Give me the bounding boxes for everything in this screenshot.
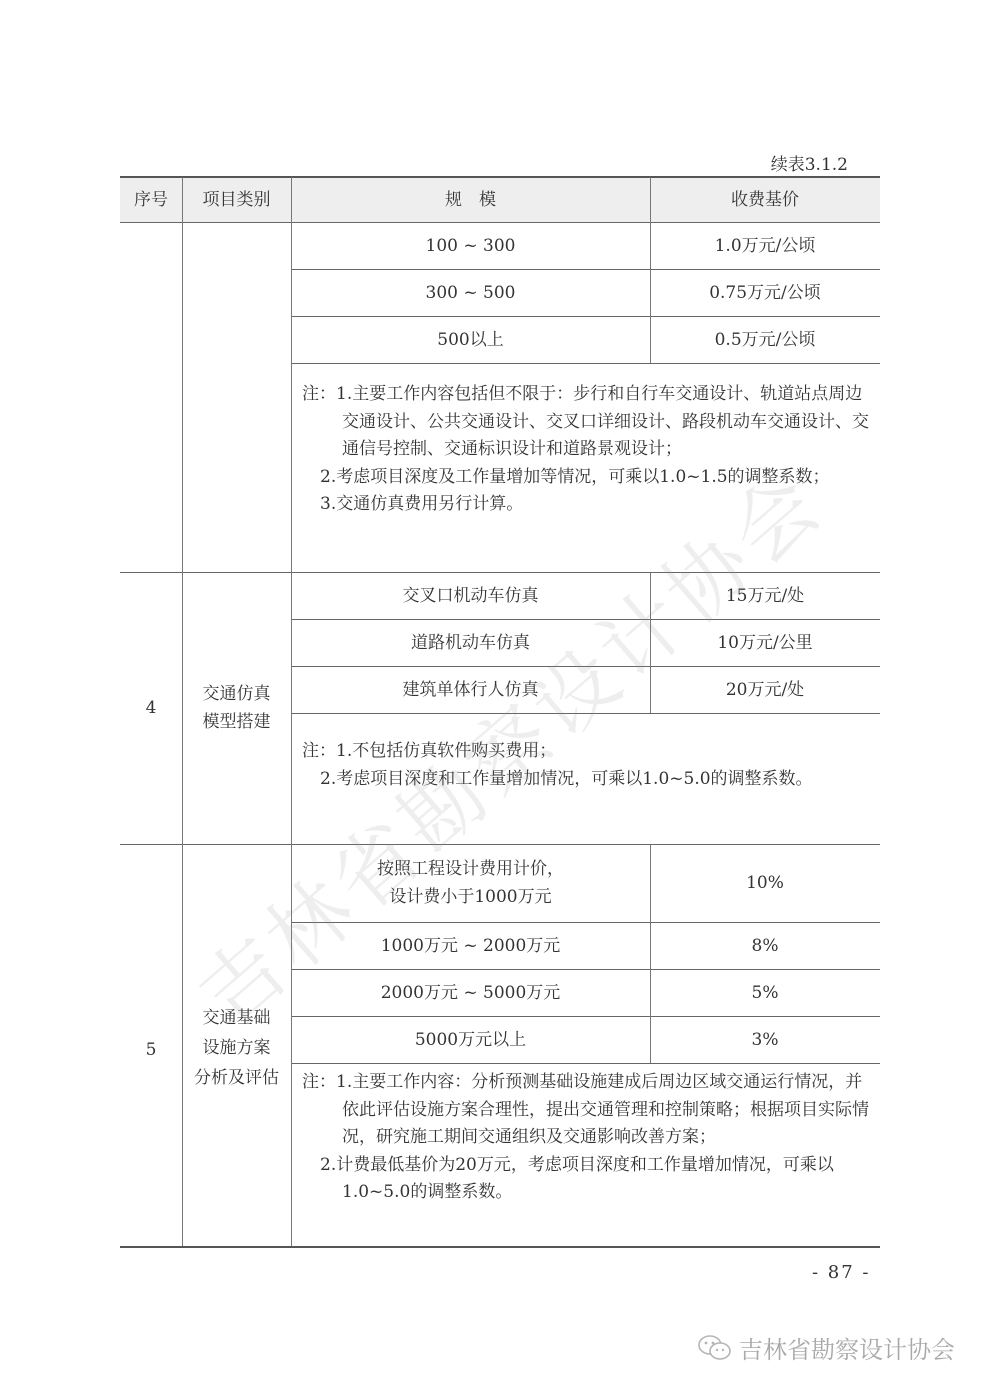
price-cell: 20万元/处 [650, 666, 880, 713]
scale-cell: 5000万元以上 [291, 1016, 650, 1063]
price-cell: 10% [650, 844, 880, 922]
note-item: 注：1.不包括仿真软件购买费用； [302, 738, 862, 766]
table-bottom-rule [120, 1246, 880, 1248]
header-price: 收费基价 [650, 177, 880, 222]
scale-cell: 2000万元 ~ 5000万元 [291, 969, 650, 1016]
row-index: 5 [120, 844, 182, 1246]
price-cell: 10万元/公里 [650, 619, 880, 666]
note-item: 2.计费最低基价为20万元，考虑项目深度和工作量增加情况，可乘以1.0~5.0的… [302, 1152, 872, 1207]
price-cell: 0.75万元/公顷 [650, 269, 880, 316]
header-category: 项目类别 [182, 177, 291, 222]
row-category: 交通仿真 模型搭建 [182, 572, 291, 844]
note-block: 注：1.不包括仿真软件购买费用； 2.考虑项目深度和工作量增加情况，可乘以1.0… [302, 738, 862, 793]
row-rule [291, 363, 880, 364]
table-caption: 续表3.1.2 [771, 150, 848, 175]
header-scale: 规 模 [291, 177, 650, 222]
scale-cell: 道路机动车仿真 [291, 619, 650, 666]
scale-cell: 交叉口机动车仿真 [291, 572, 650, 619]
row-rule [291, 1063, 880, 1064]
note-item: 注：1.主要工作内容包括但不限于：步行和自行车交通设计、轨道站点周边交通设计、公… [302, 381, 877, 464]
scale-cell: 按照工程设计费用计价， 设计费小于1000万元 [291, 844, 650, 922]
note-block: 注：1.主要工作内容：分析预测基础设施建成后周边区域交通运行情况，并依此评估设施… [302, 1069, 872, 1207]
wechat-account-badge: 吉林省勘察设计协会 [697, 1330, 955, 1365]
row-category: 交通基础 设施方案 分析及评估 [182, 1003, 291, 1093]
price-cell: 15万元/处 [650, 572, 880, 619]
price-cell: 5% [650, 969, 880, 1016]
note-block: 注：1.主要工作内容包括但不限于：步行和自行车交通设计、轨道站点周边交通设计、公… [302, 381, 877, 519]
scale-cell: 建筑单体行人仿真 [291, 666, 650, 713]
scale-cell: 1000万元 ~ 2000万元 [291, 922, 650, 969]
scale-cell: 100 ~ 300 [291, 222, 650, 269]
row-rule [291, 713, 880, 714]
scale-cell: 500以上 [291, 316, 650, 363]
note-item: 3.交通仿真费用另行计算。 [302, 491, 877, 519]
price-cell: 8% [650, 922, 880, 969]
row-index: 4 [120, 572, 182, 844]
price-cell: 1.0万元/公顷 [650, 222, 880, 269]
header-index: 序号 [120, 177, 182, 222]
account-name: 吉林省勘察设计协会 [739, 1330, 955, 1365]
note-item: 2.考虑项目深度和工作量增加情况，可乘以1.0~5.0的调整系数。 [302, 766, 862, 794]
page-number: - 87 - [812, 1262, 871, 1283]
note-item: 2.考虑项目深度及工作量增加等情况，可乘以1.0~1.5的调整系数； [302, 464, 877, 492]
price-cell: 0.5万元/公顷 [650, 316, 880, 363]
note-item: 注：1.主要工作内容：分析预测基础设施建成后周边区域交通运行情况，并依此评估设施… [302, 1069, 872, 1152]
wechat-icon [697, 1333, 733, 1363]
scale-cell: 300 ~ 500 [291, 269, 650, 316]
price-cell: 3% [650, 1016, 880, 1063]
